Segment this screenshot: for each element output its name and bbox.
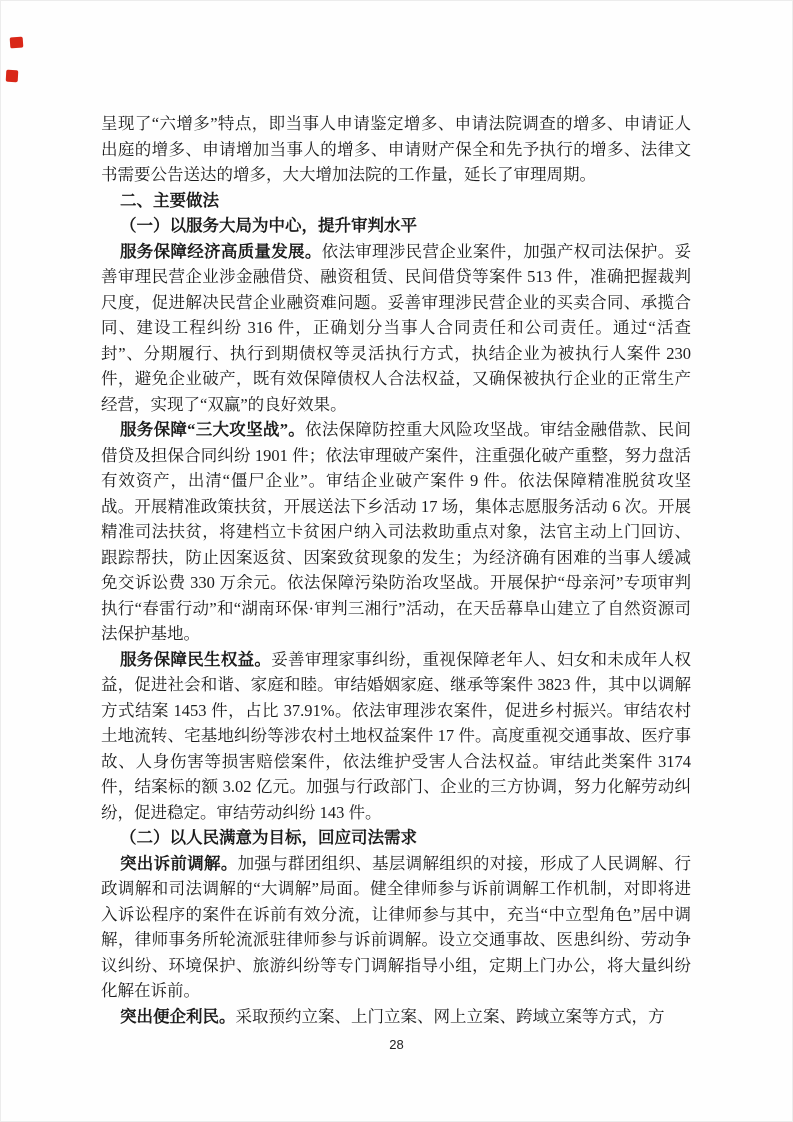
paragraph: 突出便企利民。采取预约立案、上门立案、网上立案、跨域立案等方式，方: [101, 1004, 691, 1030]
red-annotation-mark: [6, 70, 19, 83]
paragraph-lead: 服务保障“三大攻坚战”。: [120, 420, 305, 439]
paragraph-text: 呈现了“六增多”特点，即当事人申请鉴定增多、申请法院调查的增多、申请证人出庭的增…: [101, 114, 691, 184]
heading-text: （二）以人民满意为目标，回应司法需求: [120, 828, 417, 847]
paragraph-lead: 突出便企利民。: [120, 1007, 236, 1026]
paragraph: 呈现了“六增多”特点，即当事人申请鉴定增多、申请法院调查的增多、申请证人出庭的增…: [101, 111, 691, 188]
section-heading: （二）以人民满意为目标，回应司法需求: [101, 825, 691, 851]
heading-text: （一）以服务大局为中心，提升审判水平: [120, 216, 417, 235]
section-heading: 二、主要做法: [101, 188, 691, 214]
paragraph-text: 加强与群团组织、基层调解组织的对接，形成了人民调解、行政调解和司法调解的“大调解…: [101, 854, 691, 1001]
paragraph-lead: 服务保障经济高质量发展。: [120, 242, 322, 261]
paragraph-lead: 突出诉前调解。: [120, 854, 238, 873]
paragraph: 服务保障“三大攻坚战”。依法保障防控重大风险攻坚战。审结金融借款、民间借贷及担保…: [101, 417, 691, 647]
paragraph-text: 采取预约立案、上门立案、网上立案、跨域立案等方式，方: [236, 1007, 665, 1026]
paragraph-text: 依法审理涉民营企业案件，加强产权司法保护。妥善审理民营企业涉金融借贷、融资租赁、…: [101, 242, 691, 414]
paragraph-lead: 服务保障民生权益。: [120, 650, 271, 669]
document-page: 呈现了“六增多”特点，即当事人申请鉴定增多、申请法院调查的增多、申请证人出庭的增…: [0, 0, 793, 1122]
page-number: 28: [1, 1037, 792, 1052]
document-body: 呈现了“六增多”特点，即当事人申请鉴定增多、申请法院调查的增多、申请证人出庭的增…: [101, 111, 691, 1029]
paragraph: 服务保障民生权益。妥善审理家事纠纷，重视保障老年人、妇女和未成年人权益，促进社会…: [101, 647, 691, 826]
paragraph-text: 妥善审理家事纠纷，重视保障老年人、妇女和未成年人权益，促进社会和谐、家庭和睦。审…: [101, 650, 691, 822]
paragraph: 服务保障经济高质量发展。依法审理涉民营企业案件，加强产权司法保护。妥善审理民营企…: [101, 239, 691, 418]
section-heading: （一）以服务大局为中心，提升审判水平: [101, 213, 691, 239]
paragraph: 突出诉前调解。加强与群团组织、基层调解组织的对接，形成了人民调解、行政调解和司法…: [101, 851, 691, 1004]
paragraph-text: 依法保障防控重大风险攻坚战。审结金融借款、民间借贷及担保合同纠纷 1901 件；…: [101, 420, 691, 643]
red-annotation-mark: [10, 37, 24, 49]
heading-text: 二、主要做法: [120, 191, 219, 210]
